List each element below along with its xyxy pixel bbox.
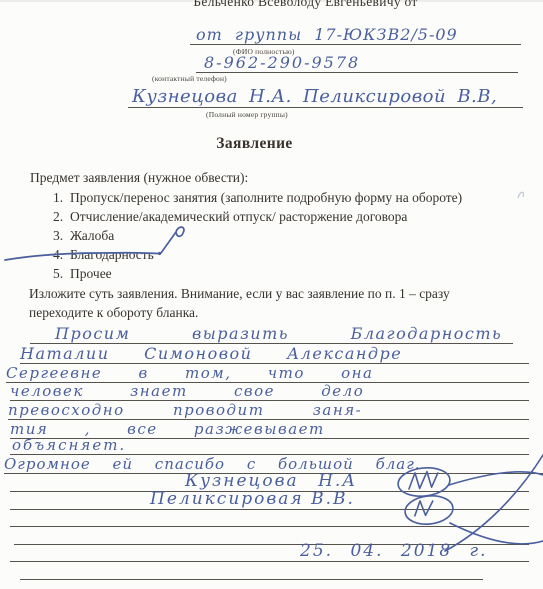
instruction-line-1: Изложите суть заявления. Внимание, если … — [29, 285, 519, 304]
option-label: Прочее — [70, 266, 112, 281]
fio-fill-row: от группы 17-ЮКЗВ2/5-09 — [190, 22, 521, 45]
subject-option-3: 3.Жалоба — [53, 226, 462, 245]
subject-option-1: 1.Пропуск/перенос занятия (заполните под… — [53, 188, 462, 207]
subject-options-list: 1.Пропуск/перенос занятия (заполните под… — [53, 188, 462, 283]
essay-handwriting: Просим выразить Благодарность — [55, 324, 502, 343]
essay-row-blank — [20, 558, 483, 580]
group-number-fill-row: Кузнецова Н.А. Пеликсировой В.В, — [128, 84, 523, 108]
option-number: 2. — [53, 207, 70, 226]
subject-option-5: 5.Прочее — [53, 264, 462, 283]
page-title: Заявление — [0, 135, 526, 153]
option-number: 3. — [53, 226, 70, 245]
option-number: 4. — [53, 245, 70, 264]
instruction-line-2: переходите к обороту бланка. — [29, 304, 519, 323]
phone-field-label: (контактный телефон) — [152, 74, 227, 83]
option-label: Благодарность — [70, 247, 154, 262]
application-form-page: Бельченко Всеволоду Евгеньевичу от от гр… — [0, 0, 543, 589]
stray-pen-tick — [518, 192, 523, 198]
option-label: Жалоба — [70, 228, 114, 243]
essay-row: Просим выразить Благодарность — [30, 322, 513, 344]
subject-option-4-selected: 4.Благодарность — [53, 245, 462, 264]
group-number-field-label: (Полный номер группы) — [206, 110, 288, 119]
option-label: Пропуск/перенос занятия (заполните подро… — [70, 190, 462, 205]
subject-option-2: 2.Отчисление/академический отпуск/ расто… — [53, 207, 462, 226]
group-handwritten-value: от группы 17-ЮКЗВ2/5-09 — [196, 25, 458, 44]
option-number: 1. — [53, 188, 70, 207]
names-handwritten-value: Кузнецова Н.А. Пеликсировой В.В, — [132, 86, 497, 107]
subject-heading: Предмет заявления (нужное обвести): — [30, 170, 248, 186]
phone-fill-row: 8-962-290-9578 — [196, 50, 518, 73]
option-label: Отчисление/академический отпуск/ расторж… — [70, 209, 407, 224]
addressee-line: Бельченко Всеволоду Евгеньевичу от — [34, 0, 543, 10]
option-number: 5. — [53, 264, 70, 283]
phone-handwritten-value: 8-962-290-9578 — [204, 53, 360, 72]
instruction-text: Изложите суть заявления. Внимание, если … — [29, 285, 519, 322]
